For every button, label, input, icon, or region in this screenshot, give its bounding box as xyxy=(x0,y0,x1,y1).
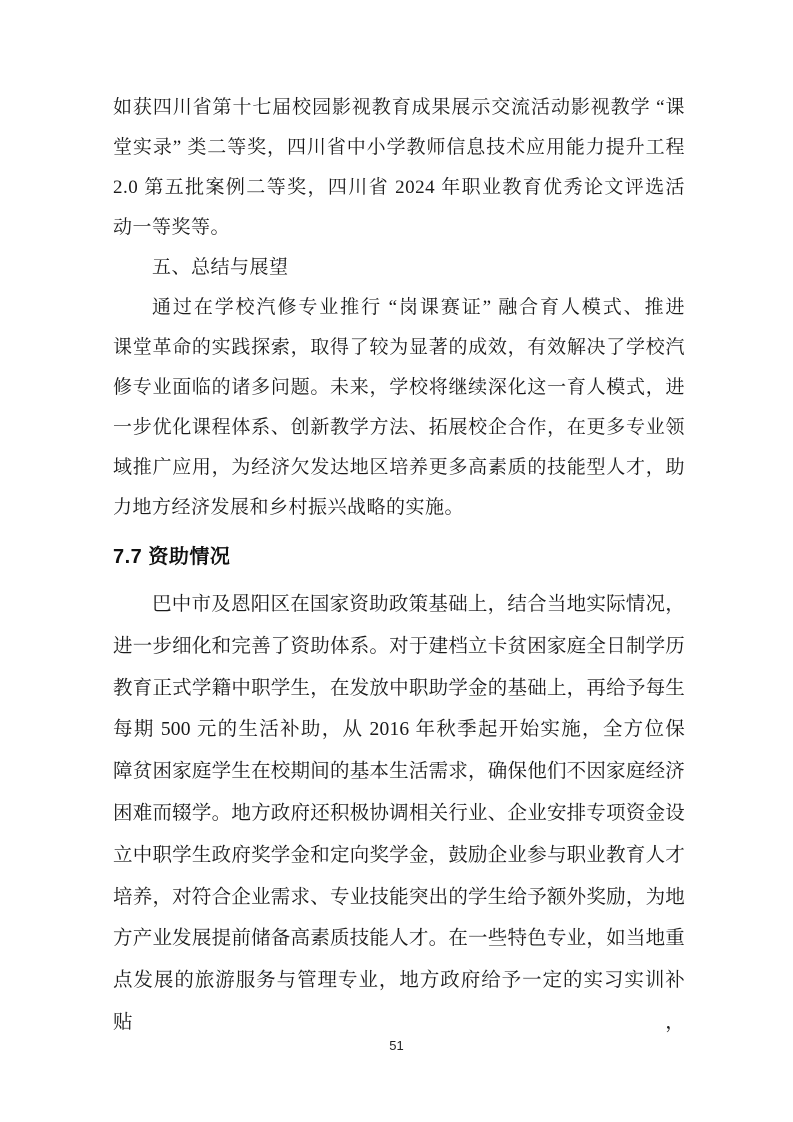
text-line: 培养，对符合企业需求、专业技能突出的学生给予额外奖励，为地 xyxy=(113,877,685,919)
section-heading: 7.7 资助情况 xyxy=(113,542,685,572)
paragraph: 巴中市及恩阳区在国家资助政策基础上，结合当地实际情况，进一步细化和完善了资助体系… xyxy=(113,584,685,1044)
paragraph: 通过在学校汽修专业推行 “岗课赛证” 融合育人模式、推进课堂革命的实践探索，取得… xyxy=(113,288,685,528)
text-line: 修专业面临的诸多问题。未来，学校将继续深化这一育人模式，进 xyxy=(113,368,685,408)
page-footer: 51 xyxy=(0,1038,793,1053)
text-line: 巴中市及恩阳区在国家资助政策基础上，结合当地实际情况， xyxy=(113,584,685,626)
text-line: 动一等奖等。 xyxy=(113,208,685,248)
text-line: 一步优化课程体系、创新教学方法、拓展校企合作，在更多专业领 xyxy=(113,408,685,448)
text-line: 点发展的旅游服务与管理专业，地方政府给予一定的实习实训补贴， xyxy=(113,960,685,1044)
document-page: 如获四川省第十七届校园影视教育成果展示交流活动影视教学 “课堂实录” 类二等奖，… xyxy=(0,0,793,1122)
paragraph: 五、总结与展望 xyxy=(113,248,685,288)
text-line: 方产业发展提前储备高素质技能人才。在一些特色专业，如当地重 xyxy=(113,918,685,960)
text-line: 2.0 第五批案例二等奖，四川省 2024 年职业教育优秀论文评选活 xyxy=(113,168,685,208)
text-line: 困难而辍学。地方政府还积极协调相关行业、企业安排专项资金设 xyxy=(113,793,685,835)
document-body: 如获四川省第十七届校园影视教育成果展示交流活动影视教学 “课堂实录” 类二等奖，… xyxy=(113,88,685,1044)
text-line: 课堂革命的实践探索，取得了较为显著的成效，有效解决了学校汽 xyxy=(113,328,685,368)
text-line: 教育正式学籍中职学生，在发放中职助学金的基础上，再给予每生 xyxy=(113,668,685,710)
text-line: 障贫困家庭学生在校期间的基本生活需求，确保他们不因家庭经济 xyxy=(113,751,685,793)
page-number: 51 xyxy=(389,1038,403,1053)
text-line: 如获四川省第十七届校园影视教育成果展示交流活动影视教学 “课 xyxy=(113,88,685,128)
text-line: 每期 500 元的生活补助，从 2016 年秋季起开始实施，全方位保 xyxy=(113,709,685,751)
text-line: 堂实录” 类二等奖，四川省中小学教师信息技术应用能力提升工程 xyxy=(113,128,685,168)
text-line: 力地方经济发展和乡村振兴战略的实施。 xyxy=(113,488,685,528)
text-line: 通过在学校汽修专业推行 “岗课赛证” 融合育人模式、推进 xyxy=(113,288,685,328)
text-line: 五、总结与展望 xyxy=(113,248,685,288)
text-line: 域推广应用，为经济欠发达地区培养更多高素质的技能型人才，助 xyxy=(113,448,685,488)
text-line: 进一步细化和完善了资助体系。对于建档立卡贫困家庭全日制学历 xyxy=(113,626,685,668)
text-line: 立中职学生政府奖学金和定向奖学金，鼓励企业参与职业教育人才 xyxy=(113,835,685,877)
paragraph: 如获四川省第十七届校园影视教育成果展示交流活动影视教学 “课堂实录” 类二等奖，… xyxy=(113,88,685,248)
